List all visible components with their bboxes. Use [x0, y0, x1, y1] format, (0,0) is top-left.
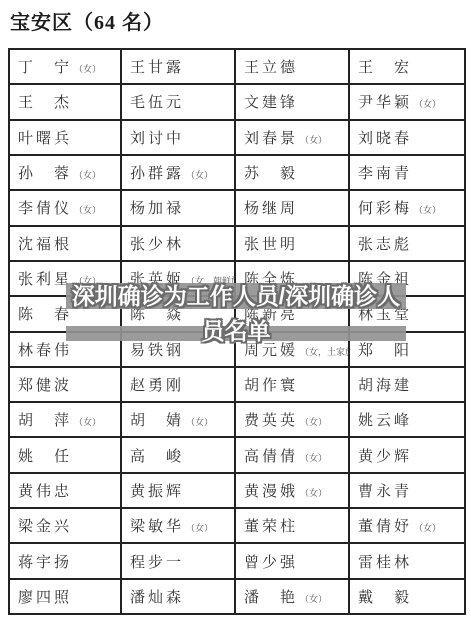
person-name: 费英英: [244, 413, 298, 429]
person-name: 董倩妤: [358, 519, 412, 535]
table-cell: 雷桂林: [349, 543, 465, 578]
person-name: 沈福根: [18, 237, 72, 253]
table-row: 丁 宁（女）王甘露王立德王 宏: [9, 49, 465, 84]
table-cell: 陈 春: [9, 296, 121, 331]
table-cell: 戴 毅: [349, 579, 465, 614]
table-cell: 尹华颖（女）: [349, 84, 465, 119]
table-cell: 郑 阳: [349, 332, 465, 367]
person-name: 赵勇刚: [130, 378, 184, 394]
table-cell: 孙 蓉（女）: [9, 155, 121, 190]
gender-note: （女）: [300, 594, 327, 604]
table-row: 张利星（女）张英姬（女，朝鲜族）陈全炼陈金祖: [9, 261, 465, 296]
table-cell: 刘讨中: [121, 120, 235, 155]
person-name: 陈全炼: [244, 272, 298, 288]
table-cell: 叶曙兵: [9, 120, 121, 155]
gender-note: （女）: [74, 205, 101, 215]
person-name: 王 杰: [18, 95, 72, 111]
table-cell: 曾少强: [235, 543, 349, 578]
person-name: 李南青: [358, 166, 412, 182]
gender-note: （女）: [74, 276, 101, 286]
table-cell: 苏 毅: [235, 155, 349, 190]
table-cell: 王立德: [235, 49, 349, 84]
table-cell: 张志彪: [349, 226, 465, 261]
person-name: 胡 萍: [18, 413, 72, 429]
table-cell: 周元媛（女，土家族）: [235, 332, 349, 367]
gender-note: （女）: [300, 135, 327, 145]
table-cell: 姚 任: [9, 437, 121, 472]
table-cell: 郑健波: [9, 367, 121, 402]
table-row: 郑健波赵勇刚胡作寰胡海建: [9, 367, 465, 402]
gender-note: （女）: [300, 417, 327, 427]
table-cell: 蒋宇扬: [9, 543, 121, 578]
person-name: 何彩梅: [358, 201, 412, 217]
person-name: 黄漫娥: [244, 484, 298, 500]
table-cell: 李南青: [349, 155, 465, 190]
table-cell: 文建锋: [235, 84, 349, 119]
gender-note: （女）: [74, 170, 101, 180]
person-name: 黄振辉: [130, 484, 184, 500]
table-row: 黄伟忠黄振辉黄漫娥（女）曹永青: [9, 473, 465, 508]
table-row: 林春伟易铁钢周元媛（女，土家族）郑 阳: [9, 332, 465, 367]
table-row: 叶曙兵刘讨中刘春景（女）刘晓春: [9, 120, 465, 155]
person-name: 杨加禄: [130, 201, 184, 217]
table-cell: 胡作寰: [235, 367, 349, 402]
person-name: 胡海建: [358, 378, 412, 394]
person-name: 胡作寰: [244, 378, 298, 394]
person-name: 黄伟忠: [18, 484, 72, 500]
table-cell: 杨加禄: [121, 190, 235, 225]
person-name: 丁 宁: [18, 60, 72, 76]
table-cell: 潘 艳（女）: [235, 579, 349, 614]
table-cell: 陈新亮: [235, 296, 349, 331]
person-name: 潘 艳: [244, 590, 298, 606]
table-cell: 张英姬（女，朝鲜族）: [121, 261, 235, 296]
table-cell: 胡海建: [349, 367, 465, 402]
person-name: 王甘露: [130, 60, 184, 76]
person-name: 王 宏: [358, 60, 412, 76]
table-cell: 孙群露（女）: [121, 155, 235, 190]
table-row: 沈福根张少林张世明张志彪: [9, 226, 465, 261]
gender-note: （女）: [300, 453, 327, 463]
table-cell: 李倩仪（女）: [9, 190, 121, 225]
table-cell: 赵勇刚: [121, 367, 235, 402]
table-cell: 高倩倩（女）: [235, 437, 349, 472]
person-name: 胡 婧: [130, 413, 184, 429]
gender-note: （女，朝鲜族）: [186, 276, 235, 286]
gender-note: （女）: [186, 523, 213, 533]
person-name: 苏 毅: [244, 166, 298, 182]
gender-note: （女）: [186, 417, 213, 427]
table-cell: 廖四照: [9, 579, 121, 614]
table-cell: 林春伟: [9, 332, 121, 367]
person-name: 郑健波: [18, 378, 72, 394]
person-name: 戴 毅: [358, 590, 412, 606]
table-cell: 梁敏华（女）: [121, 508, 235, 543]
table-cell: 董倩妤（女）: [349, 508, 465, 543]
person-name: 张志彪: [358, 237, 412, 253]
table-cell: 费英英（女）: [235, 402, 349, 437]
table-row: 蒋宇扬程步一曾少强雷桂林: [9, 543, 465, 578]
person-name: 刘讨中: [130, 131, 184, 147]
person-name: 张英姬: [130, 272, 184, 288]
person-name: 雷桂林: [358, 555, 412, 571]
table-cell: 胡 婧（女）: [121, 402, 235, 437]
person-name: 黄少辉: [358, 449, 412, 465]
person-name: 周元媛: [244, 343, 298, 359]
gender-note: （女）: [74, 417, 101, 427]
table-cell: 陈全炼: [235, 261, 349, 296]
page-title: 宝安区（64 名）: [10, 6, 164, 35]
person-name: 刘晓春: [358, 131, 412, 147]
person-name: 姚 任: [18, 449, 72, 465]
person-name: 易铁钢: [130, 343, 184, 359]
table-cell: 陈金祖: [349, 261, 465, 296]
table-cell: 王 宏: [349, 49, 465, 84]
person-name: 李倩仪: [18, 201, 72, 217]
table-row: 王 杰毛伍元文建锋尹华颖（女）: [9, 84, 465, 119]
person-name: 潘灿森: [130, 590, 184, 606]
person-name: 梁敏华: [130, 519, 184, 535]
person-name: 林春伟: [18, 343, 72, 359]
table-cell: 梁金兴: [9, 508, 121, 543]
person-name: 张少林: [130, 237, 184, 253]
table-cell: 丁 宁（女）: [9, 49, 121, 84]
table-cell: 陈 焱: [121, 296, 235, 331]
person-name: 郑 阳: [358, 343, 412, 359]
person-name: 毛伍元: [130, 95, 184, 111]
person-name: 陈新亮: [244, 307, 298, 323]
table-row: 孙 蓉（女）孙群露（女）苏 毅李南青: [9, 155, 465, 190]
person-name: 刘春景: [244, 131, 298, 147]
table-row: 胡 萍（女）胡 婧（女）费英英（女）姚云峰: [9, 402, 465, 437]
table-cell: 王 杰: [9, 84, 121, 119]
table-cell: 沈福根: [9, 226, 121, 261]
table-cell: 刘晓春: [349, 120, 465, 155]
gender-note: （女，土家族）: [300, 347, 349, 357]
person-name: 孙 蓉: [18, 166, 72, 182]
table-cell: 易铁钢: [121, 332, 235, 367]
table-cell: 张少林: [121, 226, 235, 261]
person-name: 张世明: [244, 237, 298, 253]
person-name: 董荣柱: [244, 519, 298, 535]
person-name: 杨继周: [244, 201, 298, 217]
person-name: 林玉堂: [358, 307, 412, 323]
table-cell: 黄振辉: [121, 473, 235, 508]
table-cell: 张世明: [235, 226, 349, 261]
person-name: 陈 春: [18, 307, 72, 323]
gender-note: （女）: [414, 523, 441, 533]
table-cell: 张利星（女）: [9, 261, 121, 296]
table-cell: 高 峻: [121, 437, 235, 472]
table-cell: 黄伟忠: [9, 473, 121, 508]
person-name: 陈 焱: [130, 307, 184, 323]
gender-note: （女）: [74, 64, 101, 74]
table-cell: 王甘露: [121, 49, 235, 84]
person-name: 王立德: [244, 60, 298, 76]
person-name: 梁金兴: [18, 519, 72, 535]
gender-note: （女）: [186, 170, 213, 180]
table-row: 陈 春陈 焱陈新亮林玉堂: [9, 296, 465, 331]
person-name: 蒋宇扬: [18, 555, 72, 571]
person-name: 尹华颖: [358, 95, 412, 111]
person-name: 程步一: [130, 555, 184, 571]
table-cell: 杨继周: [235, 190, 349, 225]
table-cell: 刘春景（女）: [235, 120, 349, 155]
table-cell: 何彩梅（女）: [349, 190, 465, 225]
table-row: 李倩仪（女）杨加禄杨继周何彩梅（女）: [9, 190, 465, 225]
roster-table-body: 丁 宁（女）王甘露王立德王 宏王 杰毛伍元文建锋尹华颖（女）叶曙兵刘讨中刘春景（…: [9, 49, 465, 614]
person-name: 高倩倩: [244, 449, 298, 465]
table-cell: 胡 萍（女）: [9, 402, 121, 437]
table-row: 梁金兴梁敏华（女）董荣柱董倩妤（女）: [9, 508, 465, 543]
table-cell: 曹永青: [349, 473, 465, 508]
table-row: 廖四照潘灿森潘 艳（女）戴 毅: [9, 579, 465, 614]
table-cell: 黄漫娥（女）: [235, 473, 349, 508]
table-row: 姚 任高 峻高倩倩（女）黄少辉: [9, 437, 465, 472]
table-cell: 黄少辉: [349, 437, 465, 472]
person-name: 高 峻: [130, 449, 184, 465]
person-name: 叶曙兵: [18, 131, 72, 147]
table-cell: 程步一: [121, 543, 235, 578]
person-name: 陈金祖: [358, 272, 412, 288]
gender-note: （女）: [300, 488, 327, 498]
table-cell: 姚云峰: [349, 402, 465, 437]
person-name: 曾少强: [244, 555, 298, 571]
table-cell: 董荣柱: [235, 508, 349, 543]
roster-table: 丁 宁（女）王甘露王立德王 宏王 杰毛伍元文建锋尹华颖（女）叶曙兵刘讨中刘春景（…: [8, 48, 466, 615]
person-name: 张利星: [18, 272, 72, 288]
gender-note: （女）: [414, 99, 441, 109]
table-cell: 林玉堂: [349, 296, 465, 331]
table-cell: 潘灿森: [121, 579, 235, 614]
person-name: 曹永青: [358, 484, 412, 500]
person-name: 孙群露: [130, 166, 184, 182]
gender-note: （女）: [414, 205, 441, 215]
person-name: 姚云峰: [358, 413, 412, 429]
person-name: 廖四照: [18, 590, 72, 606]
table-cell: 毛伍元: [121, 84, 235, 119]
person-name: 文建锋: [244, 95, 298, 111]
